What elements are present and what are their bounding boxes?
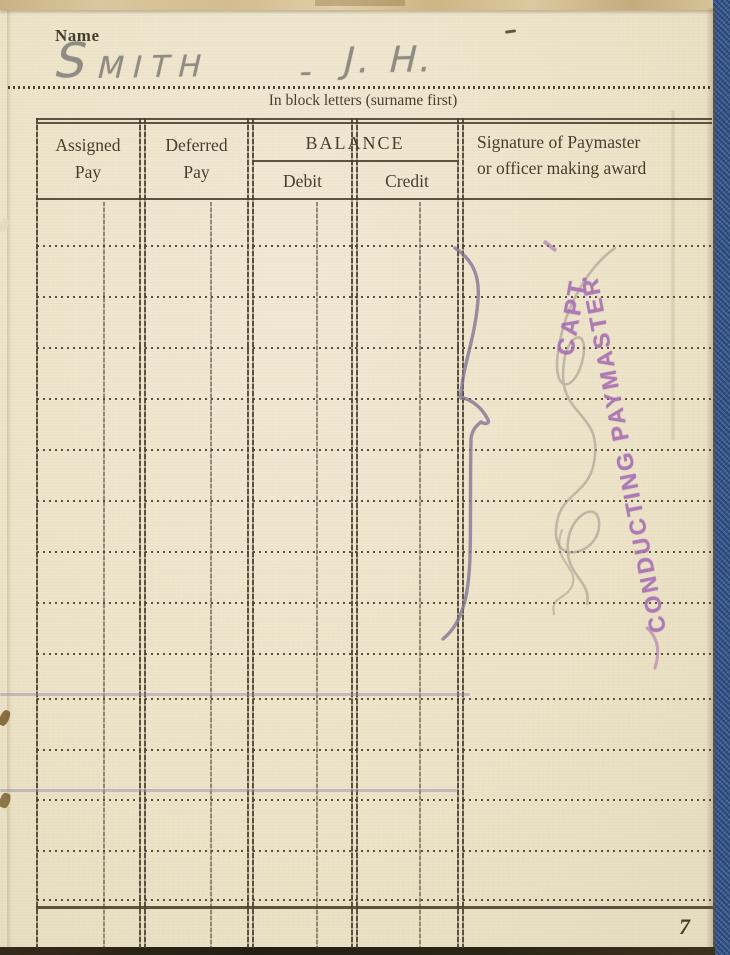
table-line [103, 202, 105, 948]
column-header-debit: Debit [253, 168, 352, 195]
column-header-assigned-pay: Assigned Pay [36, 132, 140, 186]
handwritten-surname: MITH [94, 49, 214, 86]
table-line [247, 118, 249, 948]
name-dotted-line [8, 86, 712, 89]
deferred-pay-line2: Pay [145, 159, 248, 186]
table-line [419, 202, 421, 948]
page-number: 7 [679, 914, 690, 940]
signature-header-line1: Signature of Paymaster [477, 129, 707, 155]
ink-brace [428, 238, 508, 648]
paper-right-edge-shadow [706, 8, 716, 955]
pencil-rule-line [0, 693, 470, 696]
table-line [139, 118, 141, 948]
handwritten-initials: J. H. [339, 39, 440, 82]
table-line [36, 118, 38, 948]
column-header-deferred-pay: Deferred Pay [145, 132, 248, 186]
table-line [36, 906, 713, 909]
table-line [210, 202, 212, 948]
deferred-pay-line1: Deferred [145, 132, 248, 159]
page-top-edge-shadow [315, 0, 405, 6]
table-line [36, 118, 712, 120]
table-line [356, 118, 358, 948]
table-line [253, 160, 457, 162]
table-line [144, 118, 146, 948]
pencil-rule-line [0, 789, 457, 792]
name-caption: In block letters (surname first) [173, 92, 553, 110]
page-bottom-edge [0, 947, 715, 955]
stamp-flourish [643, 626, 667, 670]
column-header-balance: BALANCE [253, 130, 457, 157]
table-line [36, 198, 712, 200]
assigned-pay-line2: Pay [36, 159, 140, 186]
paper-left-crease [7, 10, 12, 950]
column-header-signature: Signature of Paymaster or officer making… [477, 129, 707, 181]
assigned-pay-line1: Assigned [36, 132, 140, 159]
ink-speck [505, 29, 516, 34]
table-line [252, 118, 254, 948]
table-line [351, 118, 353, 948]
table-line [316, 202, 318, 948]
column-header-credit: Credit [357, 168, 457, 195]
signature-header-line2: or officer making award [477, 155, 707, 181]
paybook-page: Name S MITH - J. H. In block letters (su… [0, 0, 730, 955]
table-line [36, 122, 712, 124]
